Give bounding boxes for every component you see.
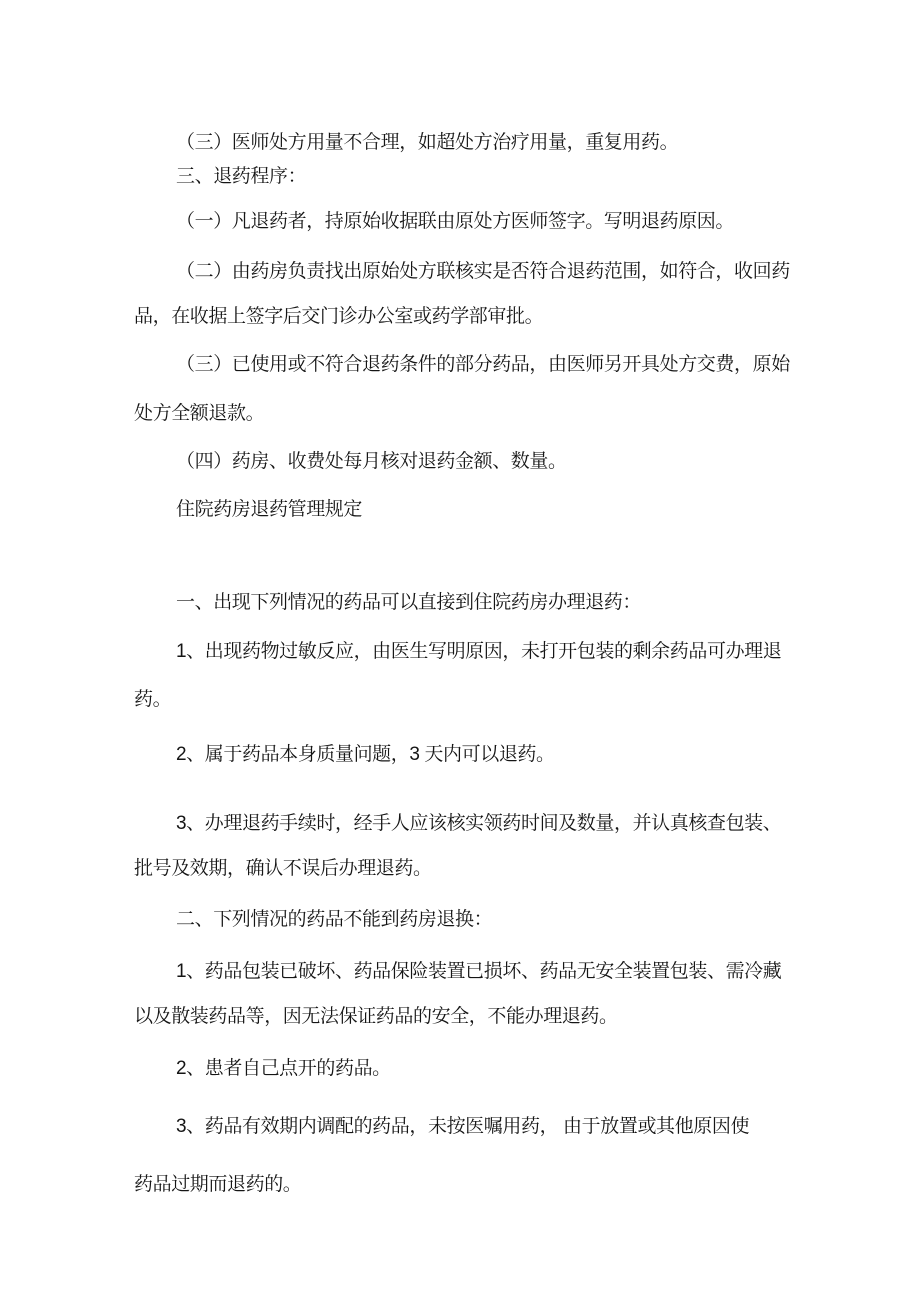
text-line: 2、属于药品本身质量问题，3 天内可以退药。 bbox=[176, 743, 555, 767]
text-line: 处方全额退款。 bbox=[134, 402, 264, 426]
text-line: （一）凡退药者，持原始收据联由原处方医师签字。写明退药原因。 bbox=[176, 210, 734, 234]
text-line: （三）医师处方用量不合理，如超处方治疗用量，重复用药。 bbox=[176, 131, 678, 155]
text-line: 二、下列情况的药品不能到药房退换： bbox=[176, 908, 492, 932]
text-line: 批号及效期，确认不误后办理退药。 bbox=[134, 857, 432, 881]
text-line: 3、药品有效期内调配的药品，未按医嘱用药， 由于放置或其他原因使 bbox=[176, 1115, 749, 1139]
text-line: 一、出现下列情况的药品可以直接到住院药房办理退药： bbox=[176, 591, 641, 615]
text-line: 三、退药程序： bbox=[176, 165, 306, 189]
text-line: 3、办理退药手续时，经手人应该核实领药时间及数量，并认真核查包装、 bbox=[176, 812, 781, 836]
text-line: 1、药品包装已破坏、药品保险装置已损坏、药品无安全装置包装、需冷藏 bbox=[176, 960, 781, 984]
text-line: 药。 bbox=[134, 688, 171, 712]
text-line: （二）由药房负责找出原始处方联核实是否符合退药范围，如符合，收回药 bbox=[176, 260, 790, 284]
text-line: 1、出现药物过敏反应，由医生写明原因，未打开包装的剩余药品可办理退 bbox=[176, 640, 781, 664]
text-line: 以及散装药品等，因无法保证药品的安全，不能办理退药。 bbox=[134, 1005, 618, 1029]
text-line: （三）已使用或不符合退药条件的部分药品，由医师另开具处方交费，原始 bbox=[176, 353, 790, 377]
document-title: 住院药房退药管理规定 bbox=[176, 498, 362, 522]
text-line: 品，在收据上签字后交门诊办公室或药学部审批。 bbox=[134, 305, 543, 329]
text-line: 2、患者自己点开的药品。 bbox=[176, 1057, 391, 1081]
document-page: （三）医师处方用量不合理，如超处方治疗用量，重复用药。 三、退药程序： （一）凡… bbox=[0, 0, 920, 1301]
text-line: 药品过期而退药的。 bbox=[134, 1173, 301, 1197]
text-line: （四）药房、收费处每月核对退药金额、数量。 bbox=[176, 450, 567, 474]
